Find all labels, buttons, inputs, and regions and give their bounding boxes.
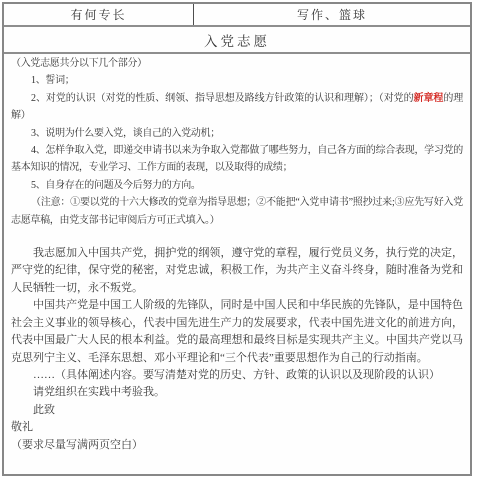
application-content: （入党志愿共分以下几个部分） 1、誓词； 2、对党的认识（对党的性质、纲领、指导… <box>4 54 470 454</box>
outline-notice: （注意：①要以党的十六大修改的党章为指导思想；②不能把“入党申请书”照抄过来;③… <box>11 194 463 229</box>
outline-item-5: 5、自身存在的问题及今后努力的方向。 <box>11 177 463 194</box>
outline-item-3: 3、说明为什么要入党，谈自己的入党动机； <box>11 125 463 142</box>
application-form-sheet: 有何专长 写作、篮球 入党志愿 （入党志愿共分以下几个部分） 1、誓词； 2、对… <box>2 2 472 476</box>
outline-intro: （入党志愿共分以下几个部分） <box>11 55 463 72</box>
oath-paragraph: 我志愿加入中国共产党，拥护党的纲领，遵守党的章程，履行党员义务，执行党的决定，严… <box>11 245 463 297</box>
salutation-jingli: 敬礼 <box>11 419 463 436</box>
specialty-row: 有何专长 写作、篮球 <box>4 4 470 27</box>
outline-item-1: 1、誓词； <box>11 72 463 89</box>
specialty-label-cell: 有何专长 <box>4 4 194 25</box>
examine-request: 请党组织在实践中考验我。 <box>11 384 463 401</box>
salutation-cizhi: 此致 <box>11 402 463 419</box>
fill-two-pages-note: （要求尽量写满两页空白） <box>11 437 463 454</box>
elaboration-note: ……（具体阐述内容。要写清楚对党的历史、方针、政策的认识以及现阶段的认识） <box>11 367 463 384</box>
outline-item-4: 4、怎样争取入党，即递交申请书以来为争取入党都做了哪些努力，自己各方面的综合表现… <box>11 142 463 177</box>
section-title: 入党志愿 <box>4 27 470 54</box>
specialty-value-cell: 写作、篮球 <box>194 4 470 25</box>
new-charter-highlight: 新章程 <box>414 93 444 104</box>
outline-item-2-text: 2、对党的认识（对党的性质、纲领、指导思想及路线方针政策的认识和理解）；（对党的 <box>31 93 414 104</box>
outline-item-2: 2、对党的认识（对党的性质、纲领、指导思想及路线方针政策的认识和理解）；（对党的… <box>11 90 463 125</box>
party-description-paragraph: 中国共产党是中国工人阶级的先锋队，同时是中国人民和中华民族的先锋队，是中国特色社… <box>11 297 463 367</box>
